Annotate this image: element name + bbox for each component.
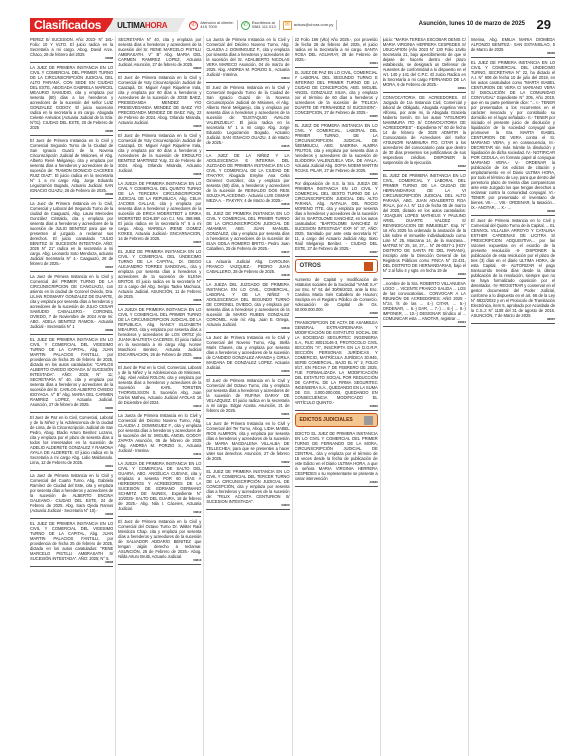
ad-text: EL JUEZ DE PRIMERA INSTANCIA EN LO CIVIL…	[295, 123, 378, 173]
ad-text: La Juez de Primera Instancia en lo Civil…	[30, 274, 113, 329]
ad-code: 03612	[118, 511, 201, 514]
classified-ad: EDICTO EL JUEZ DE PRIMERA INSTANCIA EN L…	[295, 430, 378, 487]
ad-code: 03610	[118, 405, 201, 408]
ad-text: Por disposición de S.S. la Sra. JUEZA DE…	[295, 181, 378, 251]
classified-ad: La Juez de Primera Instancia en lo Civil…	[30, 200, 113, 272]
ad-text: La Jueza de Primera Instancia en lo Civi…	[206, 37, 289, 77]
ad-code: 03614	[206, 77, 289, 80]
ad-code: 03609	[118, 357, 201, 360]
ad-text: SECRETARÍA N° 40, cita y emplaza por ses…	[118, 37, 201, 67]
classified-ad: El Juez de Primera Instancia en lo Civil…	[471, 217, 555, 324]
ad-text: LA JUEZA DEL JUZGADO DE PRIMERA INSTANCI…	[206, 282, 289, 327]
ad-text: LA JUEZA DE PRIMERA INSTANCIA EN LO CIVI…	[118, 461, 201, 511]
ad-code: 03628	[295, 312, 378, 315]
column-2: SECRETARÍA N° 40, cita y emplaza por ses…	[118, 36, 204, 756]
ad-text: EL JUEZ DE PRIMERA INSTANCIA EN LO CIVIL…	[471, 60, 555, 210]
classified-ad: EL JUEZ DE PRIMERA INSTANCIA EN LO CIVIL…	[118, 248, 201, 305]
ad-text: La Jueza de Primera Instancia en lo Civi…	[118, 413, 201, 453]
ad-code: 03624	[295, 62, 378, 65]
ad-code: 03615	[206, 145, 289, 148]
section-header: OTROS	[295, 259, 378, 273]
classified-ad: LA JUEZA DE PRIMERA INSTANCIA EN LO CIVI…	[118, 460, 201, 517]
ad-text: TRANSCRIPCION DE ACTA DE ASAMBLEA GENERA…	[295, 320, 378, 405]
classified-ad: El Juez de Primera Instancia en lo Civil…	[206, 84, 289, 151]
ad-text: EL JUEZ DE PRIMERA INSTANCIA EN LO CIVIL…	[118, 249, 201, 299]
ad-text: juicio: "MARIA TERESA ESCOBAR DENIS C/ M…	[383, 37, 466, 87]
ad-text: Aumento de Capital y modificación de est…	[295, 277, 378, 312]
ad-code: 03623	[206, 504, 289, 507]
ad-code: 03598	[30, 57, 113, 60]
newspaper-page: Clasificados ULTIMAHORA ✆ Atención al cl…	[30, 18, 557, 756]
section-label: EDICTOS JUDICIALES	[300, 417, 353, 423]
classified-ad: LA JUEZA DE PRIMERA INSTANCIA EN LO CIVI…	[118, 306, 201, 363]
ad-code: 03633	[383, 273, 466, 276]
ad-text: ...nombre de la Sra. ROBERTO VILLANUEVA …	[383, 281, 466, 321]
section-icon	[364, 262, 373, 271]
divider	[237, 20, 238, 30]
ad-text: CONVOCATORIA DE ACREEDORES. El Juzgado d…	[383, 95, 466, 165]
classified-ad: EL JUEZ DE PRIMERA INSTANCIA EN LO CIVIL…	[206, 468, 289, 510]
classified-ad: El Juez de Primera Instancia en lo Civil…	[118, 132, 201, 179]
ad-text: LA JUEZ DE PRIMERA INSTANCIA EN LO CIVIL…	[30, 65, 113, 130]
ad-code: 03596	[30, 193, 113, 196]
ad-text: El Juez de Primera Instancia en lo Civil…	[471, 218, 555, 318]
ad-code: 03632	[383, 165, 466, 168]
classified-ad: LA JUEZ DE PRIMERA INSTANCIA EN LO CIVIL…	[30, 64, 113, 136]
ad-text: El Juez de Paz en lo Civil, Comercial, L…	[30, 415, 113, 465]
ad-text: EL JUEZ DE PRIMERA INSTANCIA EN LO CIVIL…	[383, 173, 466, 273]
classified-ad: EL JUEZ DE PRIMERA INSTANCIA EN LO CIVIL…	[295, 122, 378, 179]
ad-text: Interina, Abg. EMILIA MARIA DIOMEDA ALFO…	[471, 37, 555, 52]
ad-text: El Juez de Primera Instancia en lo Civil…	[118, 519, 201, 559]
ad-code: 03601	[30, 465, 113, 468]
classified-ad: EL JUEZ DE PRIMERA INSTANCIA EN LO CIVIL…	[471, 59, 555, 216]
ad-text: LA JUEZA DE PRIMERA INSTANCIA EN LO CIVI…	[118, 307, 201, 357]
classified-ad: Interina, Abg. EMILIA MARIA DIOMEDA ALFO…	[471, 36, 555, 58]
classified-ad: El Juez de Primera Instancia en lo Civil…	[30, 137, 113, 199]
mail-icon: ✉	[283, 21, 292, 30]
whatsapp-number: 0981 111 013	[252, 24, 276, 29]
section-icon	[364, 416, 373, 425]
classified-ad: La Juez de Primera Instancia en lo Civil…	[30, 273, 113, 335]
phone-icon: ✆	[189, 21, 198, 30]
ad-text: El Juez de Primera Instancia en lo Civil…	[118, 75, 201, 125]
classified-ad: 22 Folio 166 (vlto) Año 2025.-, por prov…	[295, 36, 378, 68]
ad-code: 03634	[383, 321, 466, 324]
ad-text: EL JUEZ DE PRIMERA INSTANCIA EN LO CIVIL…	[206, 469, 289, 504]
divider	[336, 20, 337, 30]
page-header: Clasificados ULTIMAHORA ✆ Atención al cl…	[30, 18, 557, 32]
ad-code: 03636	[471, 210, 555, 213]
ad-text: El Juez de Primera Instancia en lo Civil…	[118, 133, 201, 173]
ad-code: 03607	[118, 241, 201, 244]
ad-code: 03603	[30, 561, 113, 564]
ad-code: 03611	[118, 453, 201, 456]
classified-ad: La Jueza de Primera Instancia en lo Civi…	[118, 412, 201, 459]
ad-text: EL JUEZ DE PRIMERA INSTANCIA EN LO CIVIL…	[206, 211, 289, 251]
page-number: 29	[537, 17, 551, 32]
classified-ad: La Actuaria Judicial Abg. CAROLINA FRANC…	[206, 258, 289, 280]
classified-ad: LA JUEZ DE LA NIÑEZ Y LA ADOLESCENCIA E …	[206, 152, 289, 209]
ad-code: 03620	[206, 370, 289, 373]
classified-ad: EL JUEZ DE PAZ EN LO CIVIL, COMERCIAL Y …	[295, 69, 378, 121]
divider	[279, 20, 280, 30]
ad-code: 03635	[471, 52, 555, 55]
ad-text: EL JUEZ DE PAZ EN LO CIVIL, COMERCIAL Y …	[295, 70, 378, 115]
ad-code: 03621	[206, 413, 289, 416]
ad-text: EDICTO EL JUEZ DE PRIMERA INSTANCIA EN L…	[295, 431, 378, 481]
classified-ad: EL JUEZ DE PRIMERA INSTANCIA EN LO CIVIL…	[383, 172, 466, 279]
classified-ad: La Juez de Primera Instancia en lo Civil…	[206, 334, 289, 376]
ad-code: 03629	[295, 405, 378, 408]
ad-code: 03608	[118, 299, 201, 302]
email-link[interactable]: avisos@uhora.com.py	[294, 23, 334, 28]
classified-ad: La Juez de Primera Instancia en lo Civil…	[30, 472, 113, 519]
column-6: Interina, Abg. EMILIA MARIA DIOMEDA ALFO…	[471, 36, 557, 756]
classified-ad: El Juez de Paz en lo Civil, Comercial, L…	[30, 414, 113, 471]
ad-text: LA JUEZ DE LA NIÑEZ Y LA ADOLESCENCIA E …	[206, 153, 289, 203]
ad-text: La Juez de Primera Instancia en lo Civil…	[30, 473, 113, 513]
ad-text: La Juez de Primera Instancia en lo Civil…	[206, 335, 289, 370]
ad-code: 03616	[206, 203, 289, 206]
classified-ad: El Juez de Paz en lo Civil, Comercial, L…	[118, 364, 201, 411]
ad-code: 03600	[30, 407, 113, 410]
ad-text: La Juez de Primera Instancia en lo Civil…	[30, 201, 113, 266]
classified-ad: SECRETARÍA N° 40, cita y emplaza por ses…	[118, 36, 201, 73]
classified-ad: LA JUEZA DEL JUZGADO DE PRIMERA INSTANCI…	[206, 281, 289, 333]
ad-code: 03625	[295, 115, 378, 118]
phone-number: 415 7000	[200, 24, 217, 29]
ad-code: 03618	[206, 274, 289, 277]
logo-hora: HORA	[145, 21, 167, 30]
newspaper-logo: ULTIMAHORA	[107, 18, 185, 32]
classified-ad: CONVOCATORIA DE ACREEDORES. El Juzgado d…	[383, 94, 466, 171]
ad-code: 03604	[118, 67, 201, 70]
ad-text: El Juez de Primera Instancia en lo Civil…	[206, 378, 289, 413]
ad-code: 03622	[206, 461, 289, 464]
ad-code: 03595	[30, 130, 113, 133]
ad-code: 03597	[30, 266, 113, 269]
ad-text: LA JUEZA DE PRIMERA INSTANCIA EN LO CIVI…	[118, 181, 201, 241]
classified-ad: EL JUEZ DE PRIMERA INSTANCIA EN LO CIVIL…	[30, 520, 113, 567]
column-1: PEREZ S/ SUCESION. Año: 2023- N° 181- Fo…	[30, 36, 116, 756]
classified-ad: El Juez de Primera Instancia en lo Civil…	[118, 74, 201, 131]
ad-code: 03613	[118, 559, 201, 562]
ad-code: 03626	[295, 173, 378, 176]
classified-ad: Aumento de Capital y modificación de est…	[295, 276, 378, 318]
ad-text: El Juez de Primera Instancia en lo Civil…	[206, 85, 289, 145]
section-title: Clasificados	[30, 18, 115, 32]
ad-text: EL JUEZ DE PRIMERA INSTANCIA EN LO CIVIL…	[30, 521, 113, 561]
ad-text: El Juez de Primera Instancia en lo Civil…	[30, 138, 113, 193]
ad-code: 03617	[206, 251, 289, 254]
classified-ad: La Juez de Primera Instancia en lo Civil…	[206, 420, 289, 467]
classified-ad: EL JUEZ DE PRIMERA INSTANCIA EN LO CIVIL…	[206, 210, 289, 257]
classifieds-columns: PEREZ S/ SUCESION. Año: 2023- N° 181- Fo…	[30, 36, 557, 756]
classified-ad: El Juez de Primera Instancia en lo Civil…	[206, 377, 289, 419]
ad-code: 03599	[30, 329, 113, 332]
whatsapp-icon: ✆	[241, 21, 250, 30]
ad-code: 03631	[383, 87, 466, 90]
ad-code: 03619	[206, 327, 289, 330]
classified-ad: PEREZ S/ SUCESION. Año: 2023- N° 181- Fo…	[30, 36, 113, 63]
classified-ad: Por disposición de S.S. la Sra. JUEZA DE…	[295, 180, 378, 257]
section-label: OTROS	[300, 263, 321, 269]
ad-code: 03627	[295, 251, 378, 254]
column-3: La Jueza de Primera Instancia en lo Civi…	[206, 36, 292, 756]
classified-ad: LA JUEZA DE PRIMERA INSTANCIA EN LO CIVI…	[118, 180, 201, 247]
classified-ad: TRANSCRIPCION DE ACTA DE ASAMBLEA GENERA…	[295, 319, 378, 411]
column-4: 22 Folio 166 (vlto) Año 2025.-, por prov…	[295, 36, 381, 756]
classified-ad: El Juez de Primera Instancia en lo Civil…	[118, 518, 201, 565]
ad-text: La Actuaria Judicial Abg. CAROLINA FRANC…	[206, 259, 289, 274]
section-header: EDICTOS JUDICIALES	[295, 413, 378, 427]
ad-code: 03630	[295, 481, 378, 484]
ad-text: PEREZ S/ SUCESION. Año: 2023- N° 181- Fo…	[30, 37, 113, 57]
ad-text: El Juez de Paz en lo Civil, Comercial, L…	[118, 365, 201, 405]
ad-code: 03606	[118, 173, 201, 176]
ad-text: La Juez de Primera Instancia en lo Civil…	[206, 421, 289, 461]
classified-ad: ...nombre de la Sra. ROBERTO VILLANUEVA …	[383, 280, 466, 327]
ad-text: 22 Folio 166 (vlto) Año 2025.-, por prov…	[295, 37, 378, 62]
ad-text: EL JUEZ DE PRIMERA INSTANCIA EN LO CIVIL…	[30, 337, 113, 407]
contact-bar: ✆ Atención al cliente:415 7000 ✆ Escríbi…	[189, 20, 340, 30]
classified-ad: EL JUEZ DE PRIMERA INSTANCIA EN LO CIVIL…	[30, 336, 113, 413]
classified-ad: La Jueza de Primera Instancia en lo Civi…	[206, 36, 289, 83]
logo-ultima: ULTIMA	[117, 21, 145, 30]
ad-code: 03602	[30, 513, 113, 516]
issue-date: Asunción, lunes 10 de marzo de 2025	[419, 21, 525, 27]
classified-ad: juicio: "MARIA TERESA ESCOBAR DENIS C/ M…	[383, 36, 466, 93]
column-5: juicio: "MARIA TERESA ESCOBAR DENIS C/ M…	[383, 36, 469, 756]
ad-code: 03637	[471, 318, 555, 321]
ad-code: 03605	[118, 125, 201, 128]
